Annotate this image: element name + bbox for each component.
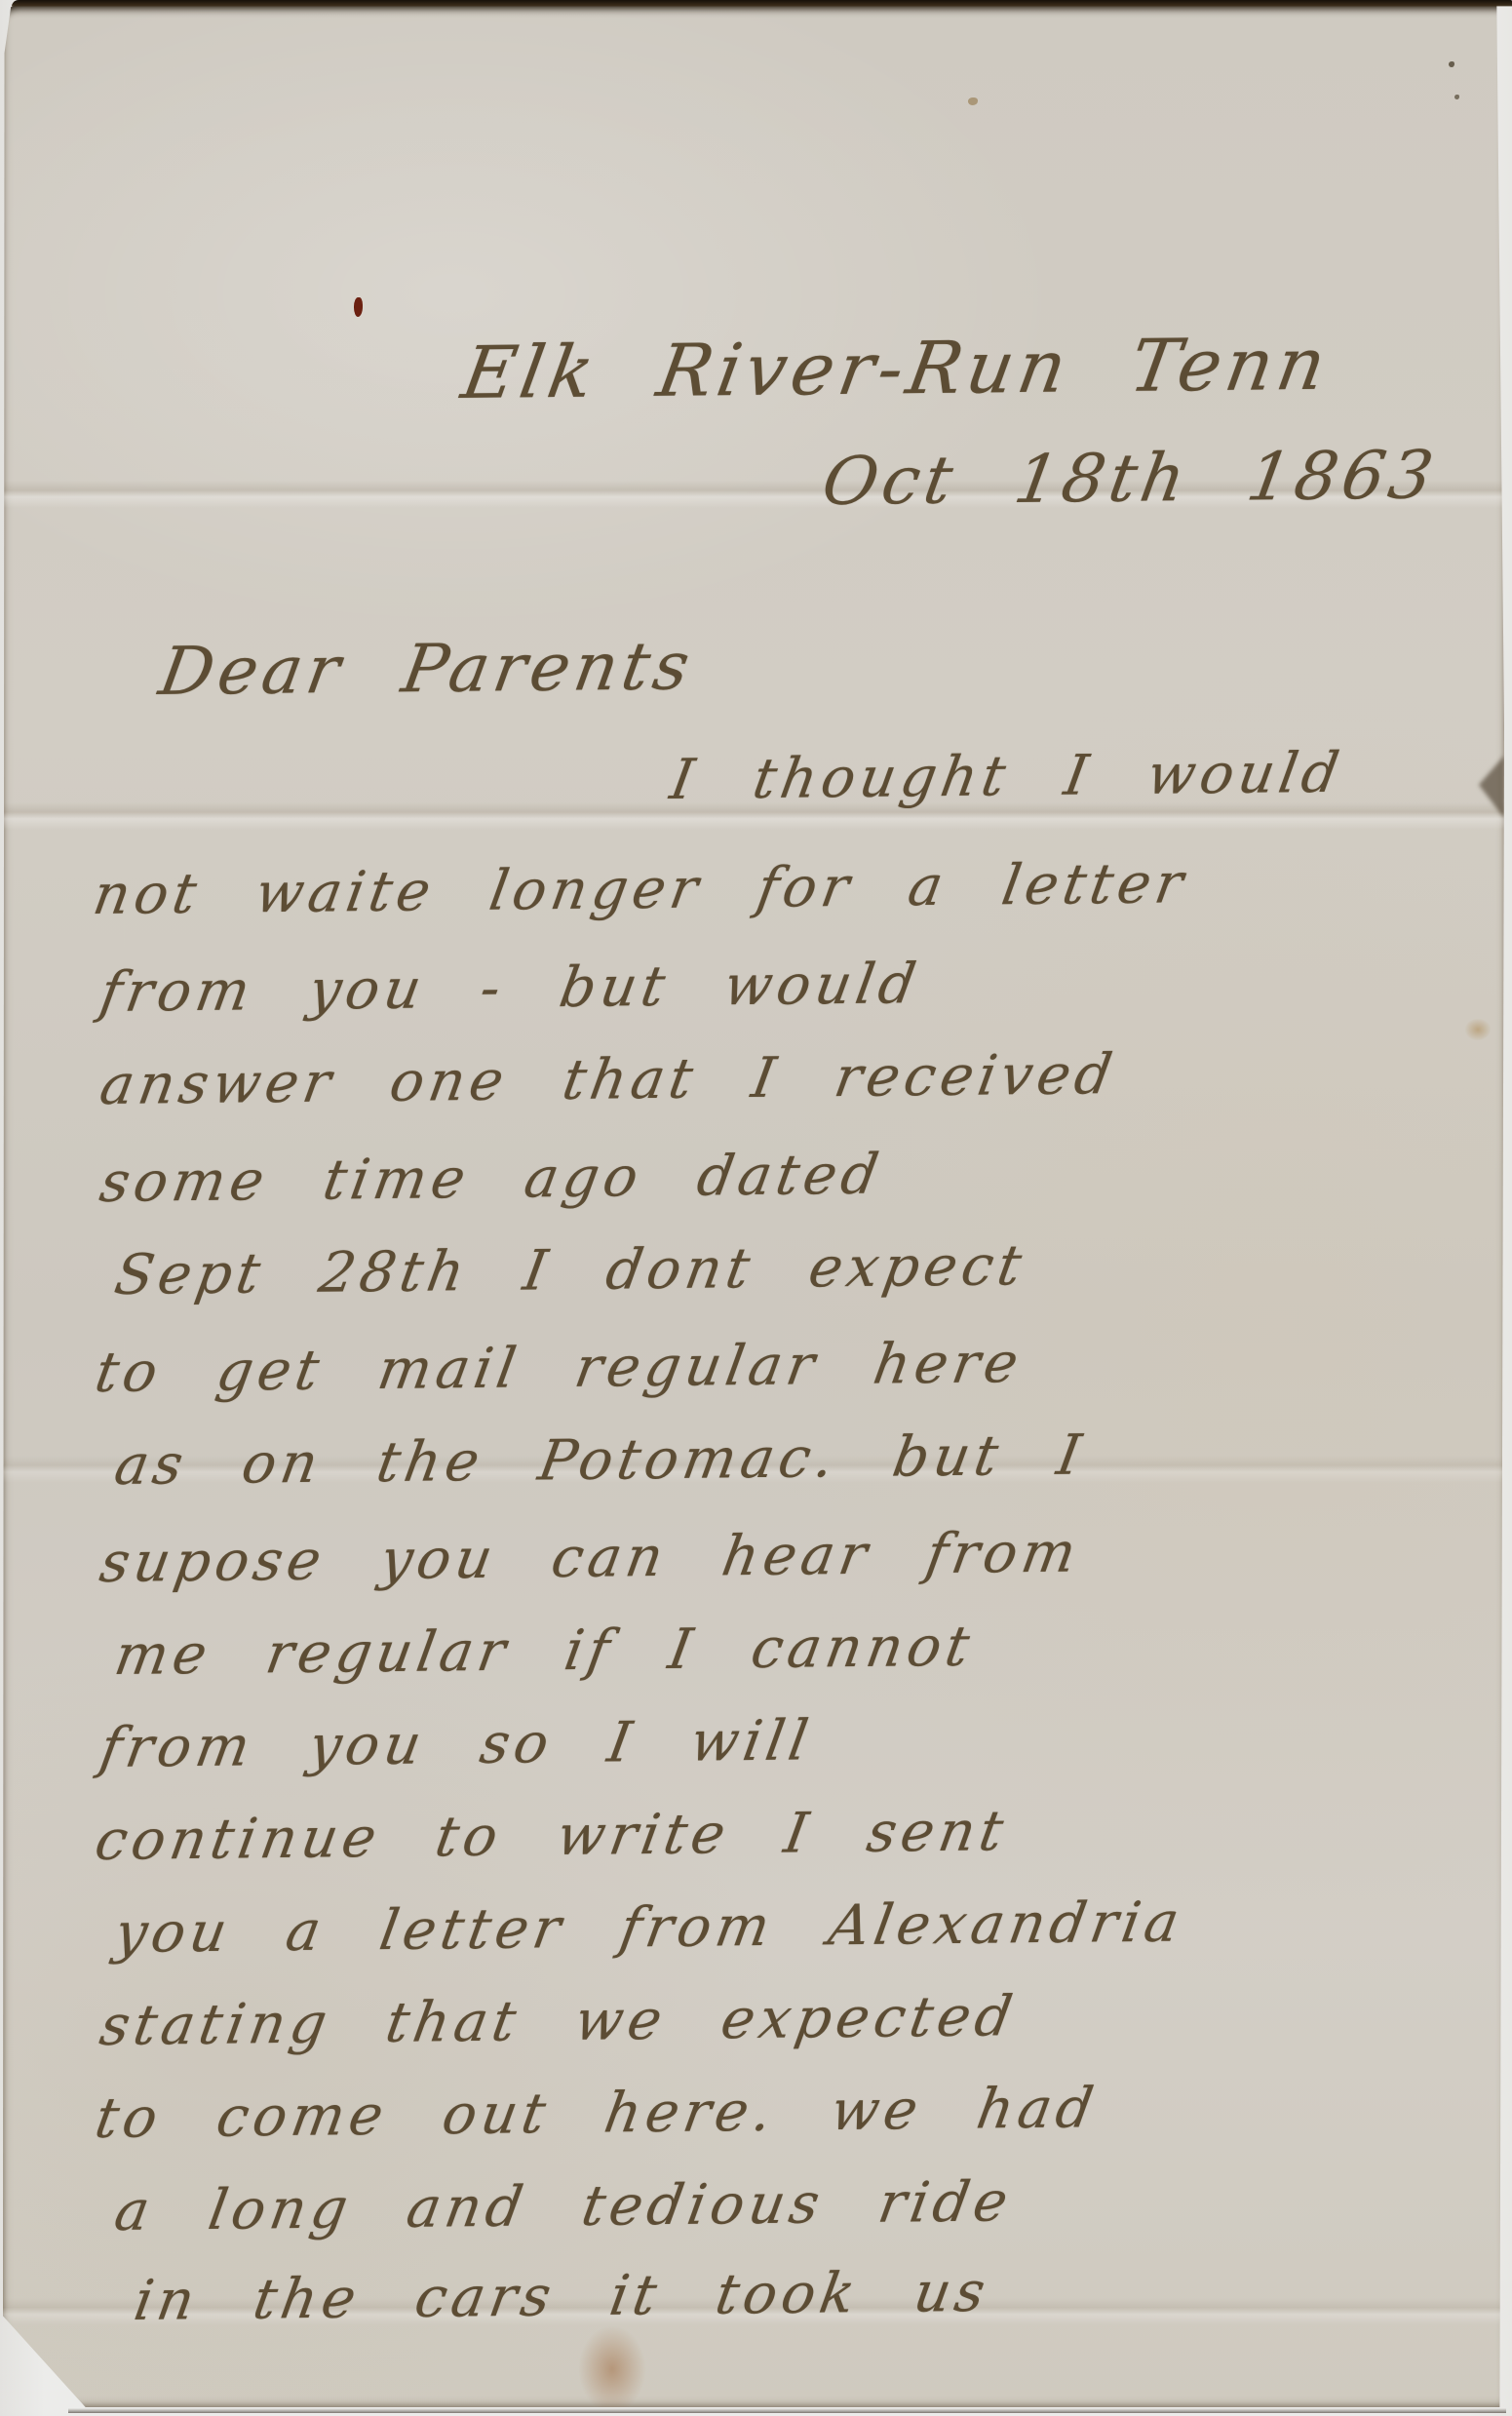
- letter-line: not waite longer for a letter: [89, 851, 1192, 927]
- letter-date-line: Oct 18th 1863: [817, 437, 1443, 521]
- letter-line: Sept 28th I dont expect: [110, 1233, 1030, 1307]
- stain: [1465, 1019, 1491, 1040]
- letter-scan: Elk River-Run Tenn Oct 18th 1863 Dear Pa…: [0, 0, 1512, 2416]
- letter-line: to come out here. we had: [91, 2076, 1103, 2151]
- ink-blot: [354, 297, 363, 317]
- letter-line: stating that we expected: [96, 1984, 1022, 2058]
- letter-line: in the cars it took us: [130, 2260, 994, 2333]
- letter-line: from you - but would: [96, 952, 925, 1025]
- letter-line: to get mail regular here: [91, 1331, 1027, 1405]
- stain: [968, 97, 978, 105]
- letter-line: as on the Potomac. but I: [110, 1423, 1090, 1498]
- letter-paper: Elk River-Run Tenn Oct 18th 1863 Dear Pa…: [3, 5, 1504, 2407]
- letter-line: supose you can hear from: [96, 1521, 1085, 1595]
- letter-line: some time ago dated: [96, 1143, 887, 1215]
- letter-line: continue to write I sent: [91, 1799, 1013, 1873]
- letter-salutation: Dear Parents: [154, 628, 700, 711]
- stain: [1449, 61, 1454, 67]
- page-bottom-edge: [68, 2408, 1506, 2413]
- letter-line: answer one that I received: [96, 1042, 1121, 1117]
- letter-location-line: Elk River-Run Tenn: [456, 323, 1337, 415]
- letter-line: I thought I would: [666, 741, 1348, 812]
- page-top-edge: [12, 0, 1512, 7]
- letter-line: me regular if I cannot: [110, 1615, 979, 1688]
- stain: [1454, 95, 1459, 99]
- page-fold-notch: [1479, 756, 1504, 818]
- letter-line: from you so I will: [96, 1708, 817, 1780]
- letter-line: you a letter from Alexandria: [110, 1890, 1188, 1966]
- stain: [578, 2325, 646, 2413]
- letter-line: a long and tedious ride: [110, 2169, 1017, 2243]
